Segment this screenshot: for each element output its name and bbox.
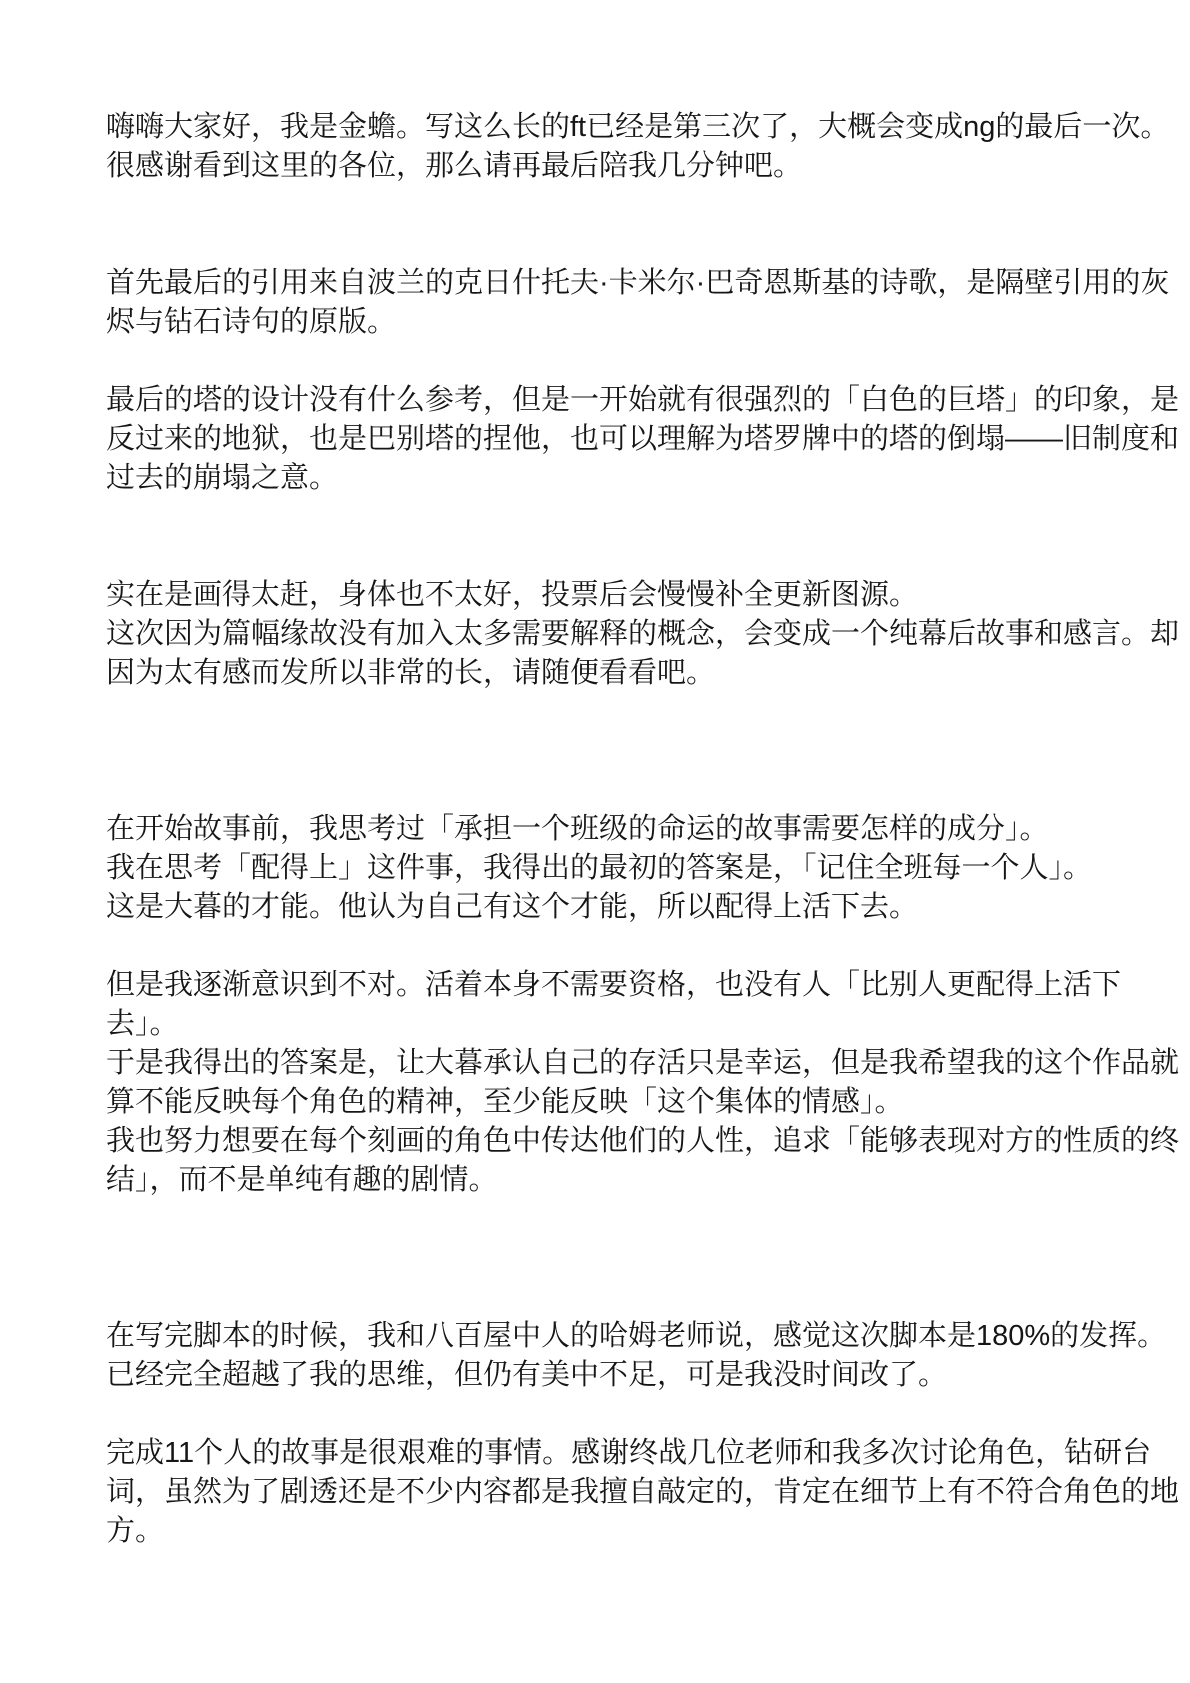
text-line: 嗨嗨大家好，我是金蟾。写这么长的ft已经是第三次了，大概会变成ng的最后一次。 (106, 108, 1100, 147)
text-line: 我在思考「配得上」这件事，我得出的最初的答案是，「记住全班每一个人」。 (106, 849, 1100, 888)
text-line: 烬与钻石诗句的原版。 (106, 303, 1100, 342)
text-line: 但是我逐渐意识到不对。活着本身不需要资格，也没有人「比别人更配得上活下 (106, 966, 1100, 1005)
text-line: 去」。 (106, 1005, 1100, 1044)
text-line: 算不能反映每个角色的精神，至少能反映「这个集体的情感」。 (106, 1083, 1100, 1122)
paragraph-story-premise: 在开始故事前，我思考过「承担一个班级的命运的故事需要怎样的成分」。 我在思考「配… (106, 810, 1100, 927)
text-line: 在写完脚本的时候，我和八百屋中人的哈姆老师说，感觉这次脚本是180%的发挥。 (106, 1317, 1100, 1356)
text-line: 实在是画得太赶，身体也不太好，投票后会慢慢补全更新图源。 (106, 576, 1100, 615)
text-line: 首先最后的引用来自波兰的克日什托夫·卡米尔·巴奇恩斯基的诗歌，是隔壁引用的灰 (106, 264, 1100, 303)
paragraph-tower-design: 最后的塔的设计没有什么参考，但是一开始就有很强烈的「白色的巨塔」的印象，是 反过… (106, 381, 1100, 498)
text-line: 最后的塔的设计没有什么参考，但是一开始就有很强烈的「白色的巨塔」的印象，是 (106, 381, 1100, 420)
text-line: 结」，而不是单纯有趣的剧情。 (106, 1161, 1100, 1200)
text-line: 因为太有感而发所以非常的长，请随便看看吧。 (106, 654, 1100, 693)
text-line: 反过来的地狱，也是巴别塔的捏他，也可以理解为塔罗牌中的塔的倒塌——旧制度和 (106, 420, 1100, 459)
paragraph-eleven-stories: 完成11个人的故事是很艰难的事情。感谢终战几位老师和我多次讨论角色，钻研台 词，… (106, 1434, 1100, 1551)
text-line: 我也努力想要在每个刻画的角色中传达他们的人性，追求「能够表现对方的性质的终 (106, 1122, 1100, 1161)
text-line: 已经完全超越了我的思维，但仍有美中不足，可是我没时间改了。 (106, 1356, 1100, 1395)
paragraph-realization: 但是我逐渐意识到不对。活着本身不需要资格，也没有人「比别人更配得上活下 去」。 … (106, 966, 1100, 1200)
paragraph-apology: 实在是画得太赶，身体也不太好，投票后会慢慢补全更新图源。 这次因为篇幅缘故没有加… (106, 576, 1100, 693)
text-line: 很感谢看到这里的各位，那么请再最后陪我几分钟吧。 (106, 147, 1100, 186)
text-line: 这次因为篇幅缘故没有加入太多需要解释的概念，会变成一个纯幕后故事和感言。却 (106, 615, 1100, 654)
text-line: 完成11个人的故事是很艰难的事情。感谢终战几位老师和我多次讨论角色，钻研台 (106, 1434, 1100, 1473)
paragraph-intro: 嗨嗨大家好，我是金蟾。写这么长的ft已经是第三次了，大概会变成ng的最后一次。 … (106, 108, 1100, 186)
text-line: 方。 (106, 1512, 1100, 1551)
text-line: 过去的崩塌之意。 (106, 459, 1100, 498)
text-line: 在开始故事前，我思考过「承担一个班级的命运的故事需要怎样的成分」。 (106, 810, 1100, 849)
text-line: 这是大暮的才能。他认为自己有这个才能，所以配得上活下去。 (106, 888, 1100, 927)
paragraph-script-finished: 在写完脚本的时候，我和八百屋中人的哈姆老师说，感觉这次脚本是180%的发挥。 已… (106, 1317, 1100, 1395)
text-line: 于是我得出的答案是，让大暮承认自己的存活只是幸运，但是我希望我的这个作品就 (106, 1044, 1100, 1083)
paragraph-quote-origin: 首先最后的引用来自波兰的克日什托夫·卡米尔·巴奇恩斯基的诗歌，是隔壁引用的灰 烬… (106, 264, 1100, 342)
text-line: 词，虽然为了剧透还是不少内容都是我擅自敲定的，肯定在细节上有不符合角色的地 (106, 1473, 1100, 1512)
document-page: 嗨嗨大家好，我是金蟾。写这么长的ft已经是第三次了，大概会变成ng的最后一次。 … (0, 0, 1190, 1551)
